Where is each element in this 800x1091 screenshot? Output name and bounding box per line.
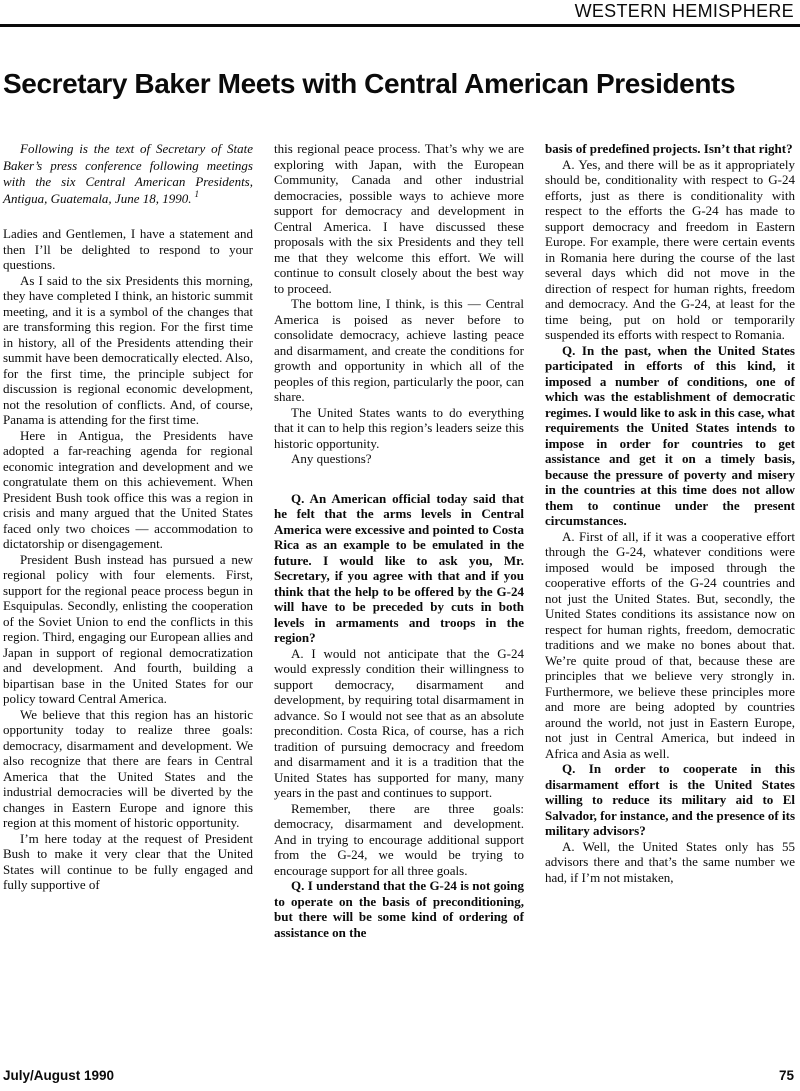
question-paragraph: Q. I understand that the G-24 is not goi… [274,878,524,940]
article-title: Secretary Baker Meets with Central Ameri… [3,68,735,100]
paragraph: A. Well, the United States only has 55 a… [545,839,795,886]
issue-date: July/August 1990 [3,1068,114,1083]
column-3: basis of predefined projects. Isn’t that… [545,141,795,940]
column-2: this regional peace process. That’s why … [274,141,524,940]
paragraph: A. I would not anticipate that the G-24 … [274,646,524,801]
paragraph: The United States wants to do everything… [274,405,524,452]
paragraph: The bottom line, I think, is this — Cent… [274,296,524,405]
paragraph: Here in Antigua, the Presidents have ado… [3,428,253,552]
question-paragraph: basis of predefined projects. Isn’t that… [545,141,795,157]
question-paragraph: Q. In order to cooperate in this disarma… [545,761,795,839]
paragraph: Ladies and Gentlemen, I have a statement… [3,226,253,273]
paragraph: President Bush instead has pursued a new… [3,552,253,707]
paragraph: A. First of all, if it was a cooperative… [545,529,795,762]
page-number: 75 [779,1068,794,1083]
paragraph: Any questions? [274,451,524,467]
paragraph: We believe that this region has an histo… [3,707,253,831]
paragraph: Remember, there are three goals: democra… [274,801,524,879]
paragraph: this regional peace process. That’s why … [274,141,524,296]
question-paragraph: Q. An American official today said that … [274,491,524,646]
article-columns: Following is the text of Secretary of St… [3,141,795,940]
column-1: Following is the text of Secretary of St… [3,141,253,940]
intro-paragraph: Following is the text of Secretary of St… [3,141,253,207]
paragraph: As I said to the six Presidents this mor… [3,273,253,428]
section-header: WESTERN HEMISPHERE [575,1,794,22]
question-paragraph: Q. In the past, when the United States p… [545,343,795,529]
footnote-marker: 1 [194,189,199,199]
page: WESTERN HEMISPHERE Secretary Baker Meets… [0,0,800,1091]
page-footer: July/August 1990 75 [3,1068,794,1083]
paragraph: A. Yes, and there will be as it appropri… [545,157,795,343]
header-rule [0,24,800,27]
paragraph: I’m here today at the request of Preside… [3,831,253,893]
